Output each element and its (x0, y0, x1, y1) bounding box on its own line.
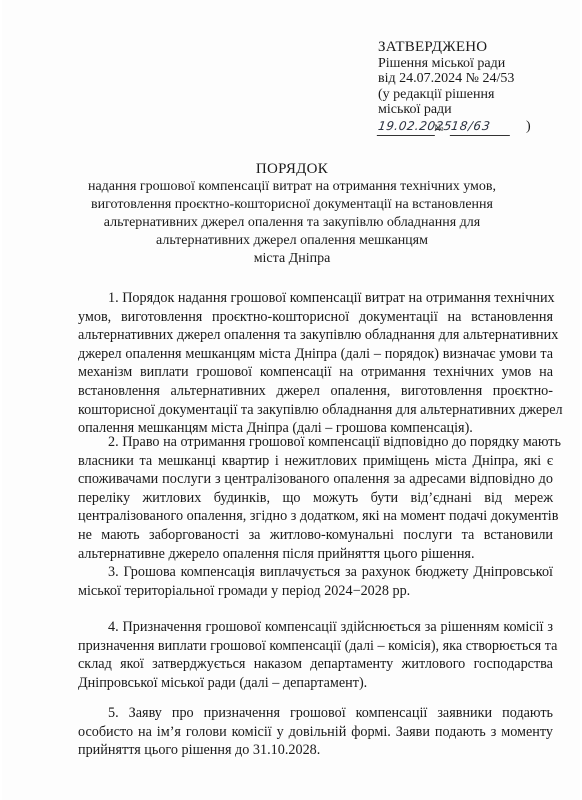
approval-decision-line: Рішення міської ради (378, 56, 568, 72)
paragraph-line: альтернативне джерело опалення після при… (78, 545, 553, 564)
subtitle-line: альтернативних джерел опалення та закупі… (22, 214, 562, 232)
handwritten-edition-reference: 19.02.2025 № 18/63 ) (378, 119, 568, 137)
paragraph-line: механізм виплати грошової компенсації на… (78, 363, 553, 382)
paragraph-line: 2. Право на отримання грошової компенсац… (78, 433, 553, 452)
paragraph-line: 1. Порядок надання грошової компенсації … (78, 289, 553, 308)
paragraph-line: склад якої затверджується наказом департ… (78, 655, 553, 674)
approval-date-line: від 24.07.2024 № 24/53 (378, 71, 568, 87)
paragraph-1: 1. Порядок надання грошової компенсації … (78, 289, 553, 438)
paragraph-line: власники та мешканці квартир і нежитлови… (78, 452, 553, 471)
paragraph-line: централізованого опалення, згідно з дода… (78, 507, 553, 526)
document-title: ПОРЯДОК (22, 160, 562, 178)
paragraph-4: 4. Призначення грошової компенсації здій… (78, 618, 553, 692)
paragraph-line: споживачами послуги з централізованого о… (78, 470, 553, 489)
paragraph-line: міської територіальної громади у період … (78, 582, 553, 601)
subtitle-line: надання грошової компенсації витрат на о… (22, 178, 562, 196)
document-title-block: ПОРЯДОК надання грошової компенсації вит… (22, 160, 562, 268)
handwritten-number: 18/63 (450, 119, 512, 136)
closing-paren: ) (526, 119, 531, 135)
handwritten-date: 19.02.2025 (377, 119, 437, 136)
document-page: ЗАТВЕРДЖЕНО Рішення міської ради від 24.… (2, 0, 580, 800)
approval-council-line: міської ради (378, 102, 568, 118)
paragraph-2: 2. Право на отримання грошової компенсац… (78, 433, 553, 563)
paragraph-line: умов, виготовлення проєктно-кошторисної … (78, 308, 553, 327)
number-sign: № (434, 121, 444, 137)
approval-stamp: ЗАТВЕРДЖЕНО (378, 40, 568, 56)
subtitle-line: альтернативних джерел опалення мешканцям (22, 232, 562, 250)
paragraph-line: призначення виплати грошової компенсації… (78, 637, 553, 656)
paragraph-line: 4. Призначення грошової компенсації здій… (78, 618, 553, 637)
paragraph-line: не мають заборгованості за житлово-комун… (78, 526, 553, 545)
paragraph-line: 5. Заяву про призначення грошової компен… (78, 704, 553, 723)
paragraph-5: 5. Заяву про призначення грошової компен… (78, 704, 553, 760)
subtitle-line: виготовлення проєктно-кошторисної докуме… (22, 196, 562, 214)
paragraph-line: встановлення альтернативних джерел опале… (78, 382, 553, 401)
paragraph-line: переліку житлових будинків, що можуть бу… (78, 489, 553, 508)
paragraph-line: альтернативних джерел опалення та закупі… (78, 326, 553, 345)
paragraph-line: особисто на ім’я голови комісії у довіль… (78, 723, 553, 742)
approval-stamp-block: ЗАТВЕРДЖЕНО Рішення міської ради від 24.… (378, 40, 568, 137)
approval-edition-line: (у редакції рішення (378, 87, 568, 103)
paragraph-line: 3. Грошова компенсація виплачується за р… (78, 563, 553, 582)
paragraph-3: 3. Грошова компенсація виплачується за р… (78, 563, 553, 600)
paragraph-line: джерел опалення мешканцям міста Дніпра (… (78, 345, 553, 364)
paragraph-line: прийняття цього рішення до 31.10.2028. (78, 741, 553, 760)
paragraph-line: кошторисної документації та закупівлю об… (78, 401, 553, 420)
paragraph-line: Дніпровської міської ради (далі – департ… (78, 674, 553, 693)
subtitle-line: міста Дніпра (22, 250, 562, 268)
